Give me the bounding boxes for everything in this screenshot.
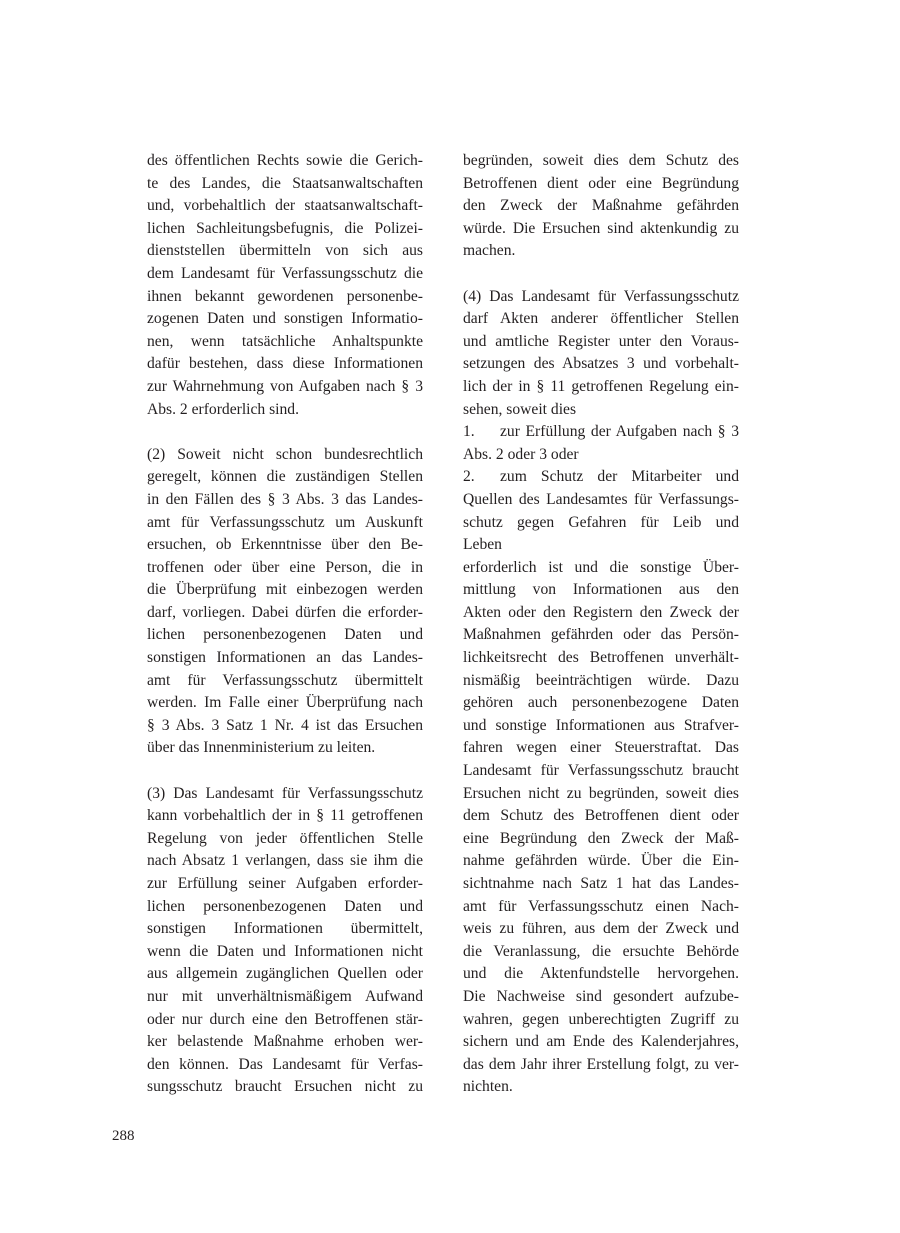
page-number: 288 — [112, 1128, 135, 1145]
text-line: mittlung von Informationen aus den — [463, 579, 739, 602]
text-line: kann vorbehaltlich der in § 11 getroffen… — [147, 805, 423, 828]
list-text: zur Erfüllung der Aufgaben nach § 3 — [500, 423, 739, 440]
text-line: amt für Verfassungsschutz übermittelt — [147, 670, 423, 693]
text-line: sonstigen Informationen an das Landes- — [147, 647, 423, 670]
text-line: ersuchen, ob Erkenntnisse über den Be- — [147, 534, 423, 557]
list-number: 1. — [463, 421, 500, 444]
paragraph-3: (3) Das Landesamt für Verfassungsschutz … — [147, 783, 423, 1099]
text-line: und amtliche Register unter den Voraus- — [463, 331, 739, 354]
text-line: und die Aktenfundstelle hervorgehen. — [463, 963, 739, 986]
text-line: 1.zur Erfüllung der Aufgaben nach § 3 — [463, 421, 739, 444]
text-line: Abs. 2 erforderlich sind. — [147, 399, 423, 422]
text-line: sonstigen Informationen übermittelt, — [147, 918, 423, 941]
paragraph-gap — [147, 760, 423, 783]
text-line: Akten oder den Registern den Zweck der — [463, 602, 739, 625]
paragraph-4: (4) Das Landesamt für Verfassungsschutz … — [463, 286, 739, 1099]
text-line: den können. Das Landesamt für Verfas- — [147, 1054, 423, 1077]
paragraph-2: (2) Soweit nicht schon bundesrechtlich g… — [147, 444, 423, 760]
text-line: darf, vorliegen. Dabei dürfen die erford… — [147, 602, 423, 625]
document-page: des öffentlichen Rechts sowie die Gerich… — [0, 0, 900, 1233]
text-line: ker belastende Maßnahme erhoben wer- — [147, 1031, 423, 1054]
text-line: zur Wahrnehmung von Aufgaben nach § 3 — [147, 376, 423, 399]
text-line: darf Akten anderer öffentlicher Stellen — [463, 308, 739, 331]
text-line: würde. Die Ersuchen sind aktenkundig zu — [463, 218, 739, 241]
text-line: nen, wenn tatsächliche Anhaltspunkte — [147, 331, 423, 354]
enumerated-list: 1.zur Erfüllung der Aufgaben nach § 3 Ab… — [463, 421, 739, 557]
text-line: fahren wegen einer Steuerstraftat. Das — [463, 737, 739, 760]
text-line: schutz gegen Gefahren für Leib und — [463, 512, 739, 535]
paragraph-1: des öffentlichen Rechts sowie die Gerich… — [147, 150, 423, 421]
text-line: gehören auch personenbezogene Daten — [463, 692, 739, 715]
text-line: lichen Sachleitungsbefugnis, die Polizei… — [147, 218, 423, 241]
text-line: dem Landesamt für Verfassungsschutz die — [147, 263, 423, 286]
text-line: nur mit unverhältnismäßigem Aufwand — [147, 986, 423, 1009]
text-line: werden. Im Falle einer Überprüfung nach — [147, 692, 423, 715]
text-line: lichkeitsrecht des Betroffenen unverhält… — [463, 647, 739, 670]
text-line: Quellen des Landesamtes für Verfassungs- — [463, 489, 739, 512]
text-line: den Zweck der Maßnahme gefährden — [463, 195, 739, 218]
text-line: das dem Jahr ihrer Erstellung folgt, zu … — [463, 1054, 739, 1077]
text-line: sichtnahme nach Satz 1 hat das Landes- — [463, 873, 739, 896]
text-line: begründen, soweit dies dem Schutz des — [463, 150, 739, 173]
text-line: nichten. — [463, 1076, 739, 1099]
text-line: eine Begründung den Zweck der Maß- — [463, 828, 739, 851]
text-line: Maßnahmen gefährden oder das Persön- — [463, 624, 739, 647]
text-line: lich der in § 11 getroffenen Regelung ei… — [463, 376, 739, 399]
text-line: Regelung von jeder öffentlichen Stelle — [147, 828, 423, 851]
text-line: nismäßig beeinträchtigen würde. Dazu — [463, 670, 739, 693]
text-line: weis zu führen, aus dem der Zweck und — [463, 918, 739, 941]
paragraph-3-continued: begründen, soweit dies dem Schutz des Be… — [463, 150, 739, 263]
text-line: lichen personenbezogenen Daten und — [147, 896, 423, 919]
text-line: sichern und am Ende des Kalenderjahres, — [463, 1031, 739, 1054]
list-number: 2. — [463, 466, 500, 489]
list-item: 1.zur Erfüllung der Aufgaben nach § 3 Ab… — [463, 421, 739, 466]
text-line: (3) Das Landesamt für Verfassungsschutz — [147, 783, 423, 806]
text-line: über das Innenministerium zu leiten. — [147, 737, 423, 760]
text-line: machen. — [463, 240, 739, 263]
text-line: in den Fällen des § 3 Abs. 3 das Landes- — [147, 489, 423, 512]
list-item: 2.zum Schutz der Mitarbeiter und Quellen… — [463, 466, 739, 556]
text-line: dienststellen übermitteln von sich aus — [147, 240, 423, 263]
text-line: wahren, gegen unberechtigten Zugriff zu — [463, 1009, 739, 1032]
text-line: oder nur durch eine den Betroffenen stär… — [147, 1009, 423, 1032]
text-line: Ersuchen nicht zu begründen, soweit dies — [463, 783, 739, 806]
text-line: lichen personenbezogenen Daten und — [147, 624, 423, 647]
text-line: sungsschutz braucht Ersuchen nicht zu — [147, 1076, 423, 1099]
text-line: des öffentlichen Rechts sowie die Gerich… — [147, 150, 423, 173]
text-line: die Überprüfung mit einbezogen werden — [147, 579, 423, 602]
paragraph-gap — [147, 421, 423, 444]
text-line: 2.zum Schutz der Mitarbeiter und — [463, 466, 739, 489]
right-column: begründen, soweit dies dem Schutz des Be… — [463, 150, 739, 1099]
text-line: Die Nachweise sind gesondert aufzube- — [463, 986, 739, 1009]
text-line: troffenen oder über eine Person, die in — [147, 557, 423, 580]
text-line: te des Landes, die Staatsanwaltschaften — [147, 173, 423, 196]
text-line: dem Schutz des Betroffenen dient oder — [463, 805, 739, 828]
text-line: und sonstige Informationen aus Strafver- — [463, 715, 739, 738]
list-text: zum Schutz der Mitarbeiter und — [500, 468, 739, 485]
left-column: des öffentlichen Rechts sowie die Gerich… — [147, 150, 423, 1099]
text-line: sehen, soweit dies — [463, 399, 739, 422]
text-line: erforderlich ist und die sonstige Über- — [463, 557, 739, 580]
text-line: § 3 Abs. 3 Satz 1 Nr. 4 ist das Ersuchen — [147, 715, 423, 738]
text-line: dafür bestehen, dass diese Informationen — [147, 353, 423, 376]
text-line: geregelt, können die zuständigen Stellen — [147, 466, 423, 489]
text-line: nahme gefährden würde. Über die Ein- — [463, 850, 739, 873]
text-line: und, vorbehaltlich der staatsanwaltschaf… — [147, 195, 423, 218]
text-line: (2) Soweit nicht schon bundesrechtlich — [147, 444, 423, 467]
text-line: Abs. 2 oder 3 oder — [463, 444, 739, 467]
text-line: Landesamt für Verfassungsschutz braucht — [463, 760, 739, 783]
text-line: (4) Das Landesamt für Verfassungsschutz — [463, 286, 739, 309]
text-line: nach Absatz 1 verlangen, dass sie ihm di… — [147, 850, 423, 873]
text-line: ihnen bekannt gewordenen personenbe- — [147, 286, 423, 309]
text-line: amt für Verfassungsschutz einen Nach- — [463, 896, 739, 919]
text-line: amt für Verfassungsschutz um Auskunft — [147, 512, 423, 535]
text-line: aus allgemein zugänglichen Quellen oder — [147, 963, 423, 986]
text-line: Leben — [463, 534, 739, 557]
text-line: wenn die Daten und Informationen nicht — [147, 941, 423, 964]
paragraph-gap — [463, 263, 739, 286]
text-line: die Veranlassung, die ersuchte Behörde — [463, 941, 739, 964]
text-line: zogenen Daten und sonstigen Informatio- — [147, 308, 423, 331]
text-line: setzungen des Absatzes 3 und vorbehalt- — [463, 353, 739, 376]
text-line: zur Erfüllung seiner Aufgaben erforder- — [147, 873, 423, 896]
text-line: Betroffenen dient oder eine Begründung — [463, 173, 739, 196]
